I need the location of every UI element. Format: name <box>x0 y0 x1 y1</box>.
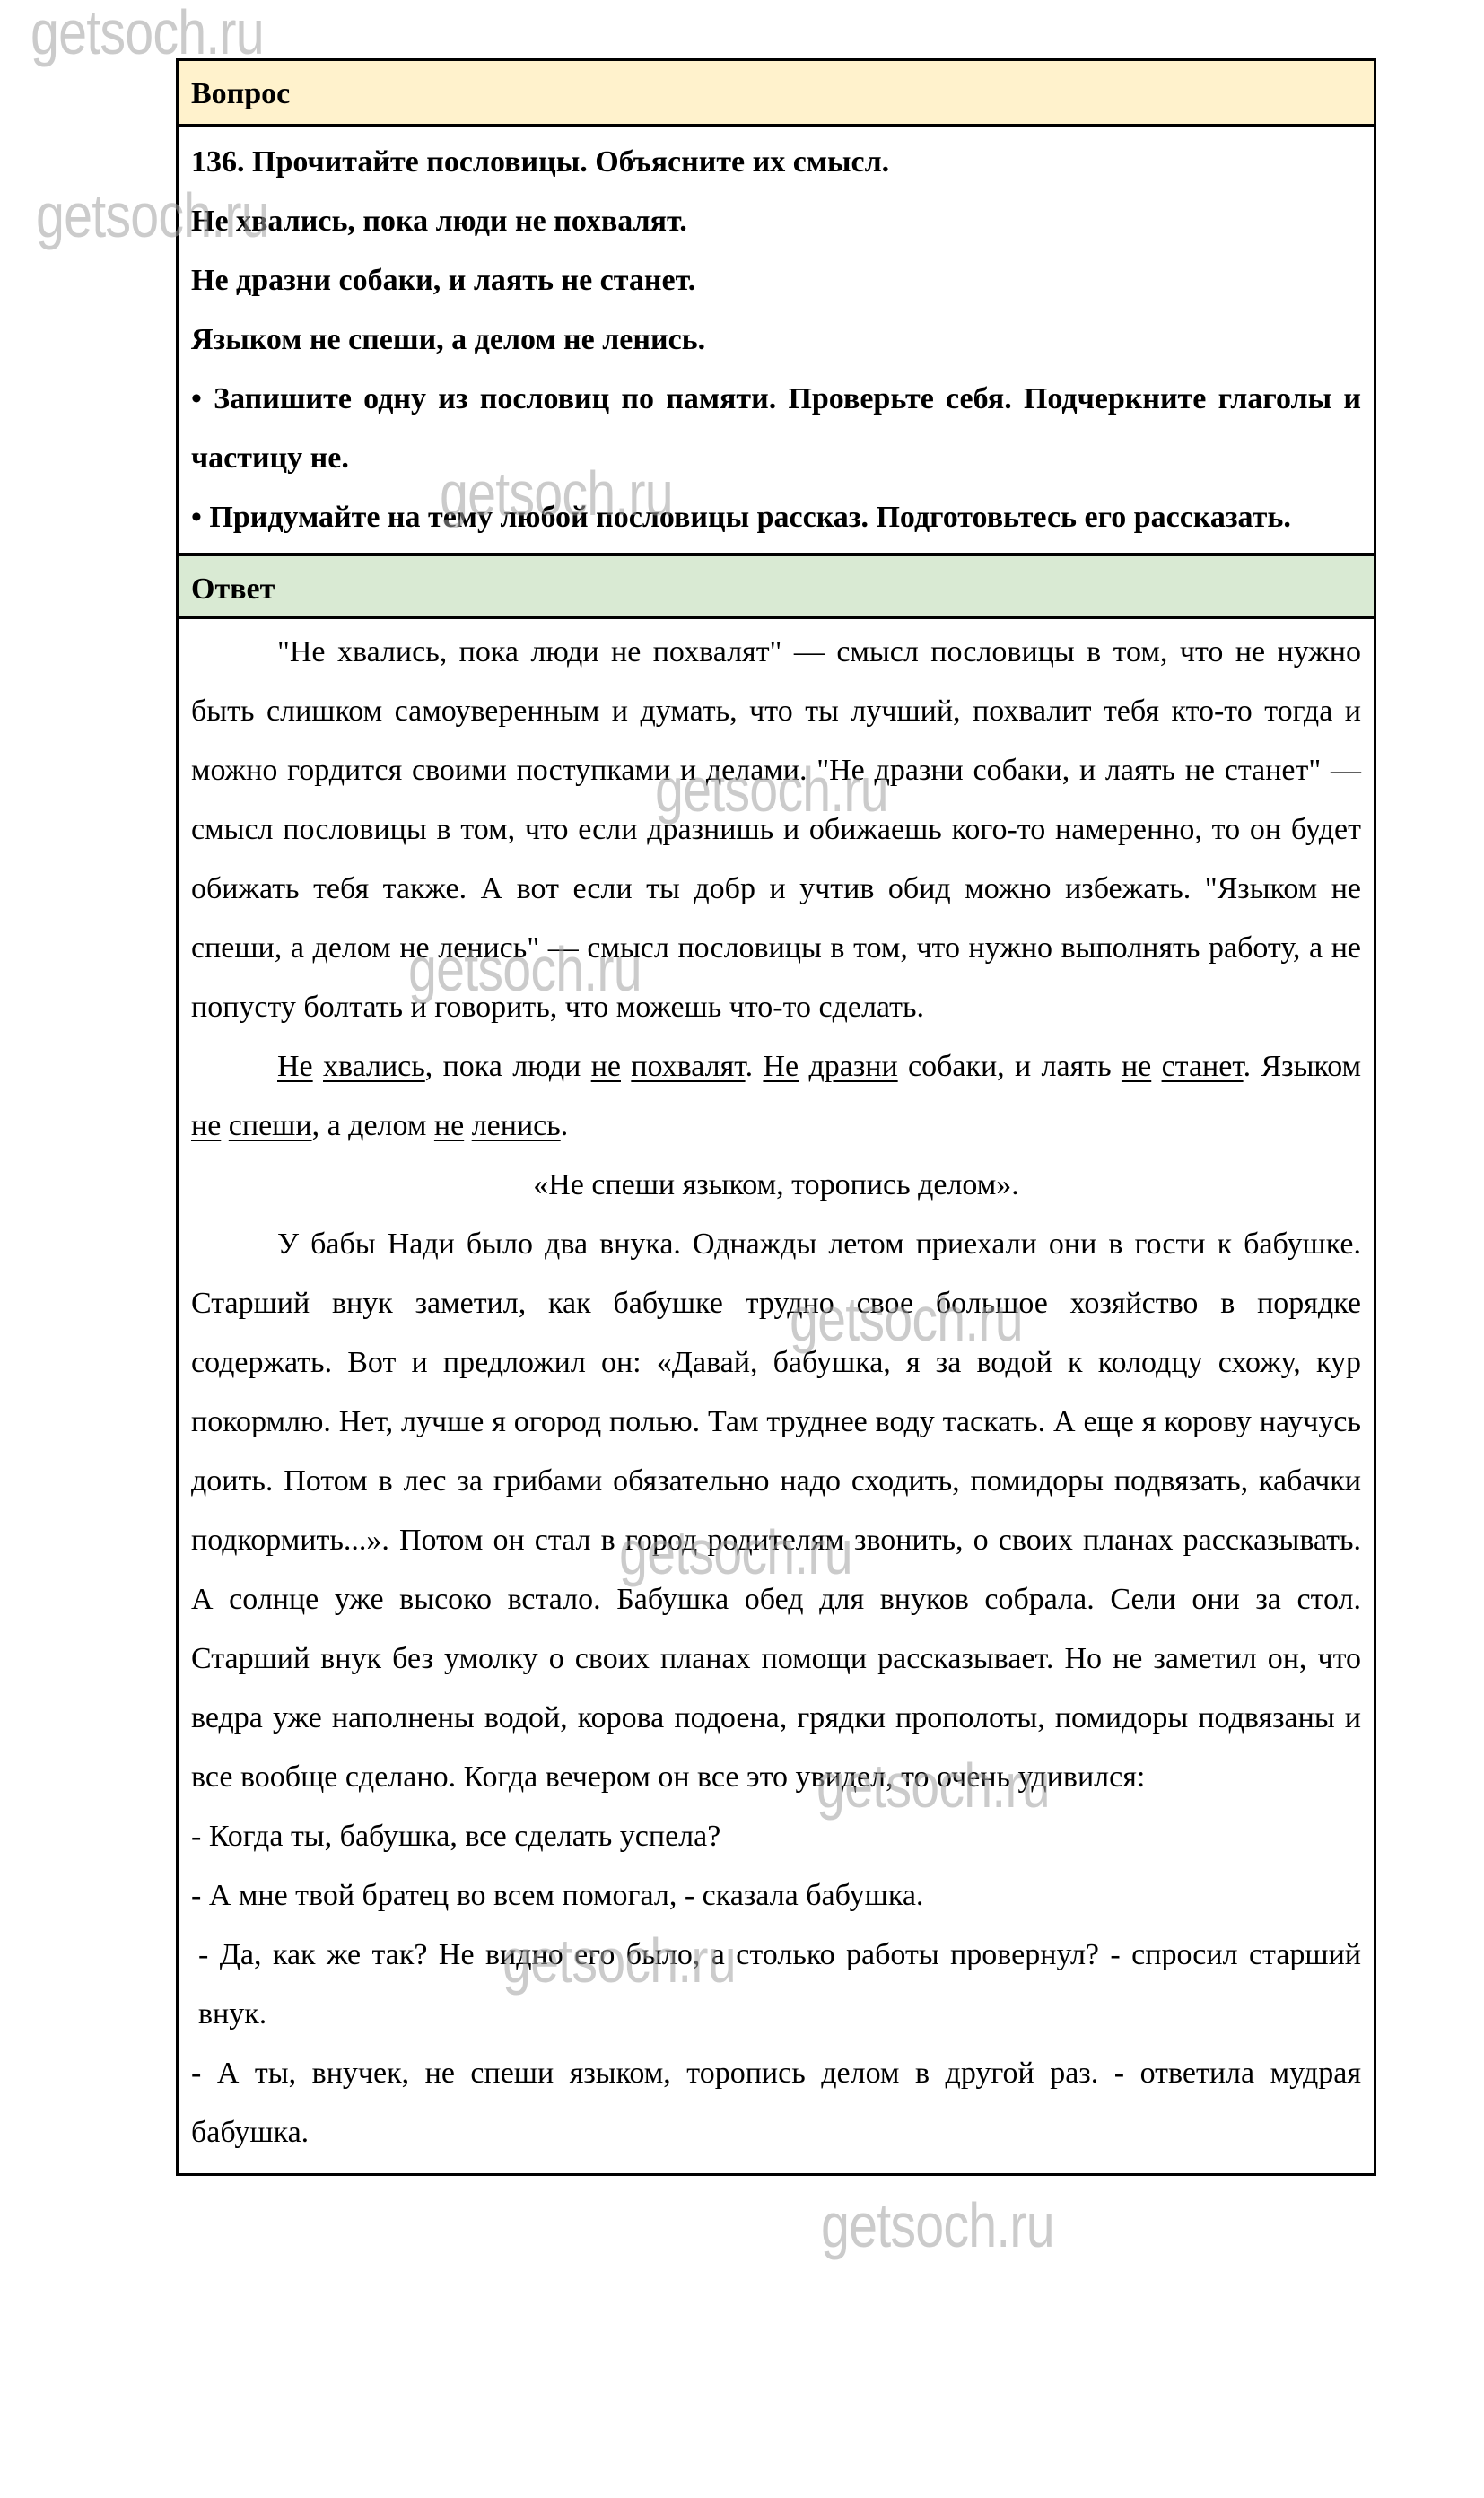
underlined-word: спеши <box>229 1109 312 1142</box>
underlined-word: хвались <box>323 1050 425 1083</box>
dialogue-line: - А мне твой братец во всем помогал, - с… <box>191 1866 1361 1926</box>
plain-text: , а делом <box>312 1109 434 1142</box>
question-line: • Запишите одну из пословиц по памяти. П… <box>191 370 1361 488</box>
answer-explanation: "Не хвались, пока люди не похвалят" — см… <box>191 623 1361 1037</box>
underlined-word: не <box>434 1109 464 1142</box>
plain-text <box>621 1050 631 1083</box>
underlined-word: похвалят <box>631 1050 745 1083</box>
question-line: Не хвались, пока люди не похвалят. <box>191 192 1361 251</box>
plain-text <box>464 1109 472 1142</box>
dialogue-line: - Когда ты, бабушка, все сделать успела? <box>191 1807 1361 1866</box>
plain-text: , пока люди <box>425 1050 591 1083</box>
plain-text: . Языком <box>1244 1050 1361 1083</box>
question-answer-table: Вопрос 136. Прочитайте пословицы. Объясн… <box>176 58 1376 2176</box>
plain-text <box>1151 1050 1161 1083</box>
underlined-word: станет <box>1162 1050 1244 1083</box>
plain-text: . <box>561 1109 569 1142</box>
question-line: 136. Прочитайте пословицы. Объясните их … <box>191 133 1361 192</box>
story-text: У бабы Нади было два внука. Однажды лето… <box>191 1215 1361 1807</box>
dialogue-line: - Да, как же так? Не видно его было, а с… <box>191 1926 1361 2044</box>
plain-text <box>221 1109 229 1142</box>
answer-header-label: Ответ <box>191 572 275 606</box>
question-line: Языком не спеши, а делом не ленись. <box>191 310 1361 370</box>
watermark: getsoch.ru <box>821 2189 1054 2261</box>
question-body: 136. Прочитайте пословицы. Объясните их … <box>179 127 1374 553</box>
question-header: Вопрос <box>179 61 1374 127</box>
plain-text: . <box>746 1050 764 1083</box>
underlined-word: не <box>191 1109 221 1142</box>
underlined-word: дразни <box>808 1050 897 1083</box>
underlined-word: Не <box>277 1050 313 1083</box>
question-line: Не дразни собаки, и лаять не станет. <box>191 251 1361 310</box>
plain-text <box>313 1050 323 1083</box>
underlined-word: ленись <box>472 1109 561 1142</box>
question-header-label: Вопрос <box>191 77 290 110</box>
underlined-word: не <box>1122 1050 1151 1083</box>
dialogue-line: - А ты, внучек, не спеши языком, торопис… <box>191 2044 1361 2162</box>
underlined-word: Не <box>763 1050 799 1083</box>
question-line: • Придумайте на тему любой пословицы рас… <box>191 488 1361 547</box>
answer-body: "Не хвались, пока люди не похвалят" — см… <box>179 619 1374 2173</box>
underlined-word: не <box>591 1050 621 1083</box>
answer-header: Ответ <box>179 553 1374 619</box>
plain-text <box>799 1050 808 1083</box>
story-title: «Не спеши языком, торопись делом». <box>191 1156 1361 1215</box>
plain-text: собаки, и лаять <box>898 1050 1122 1083</box>
answer-underlined-proverbs: Не хвались, пока люди не похвалят. Не др… <box>191 1037 1361 1156</box>
